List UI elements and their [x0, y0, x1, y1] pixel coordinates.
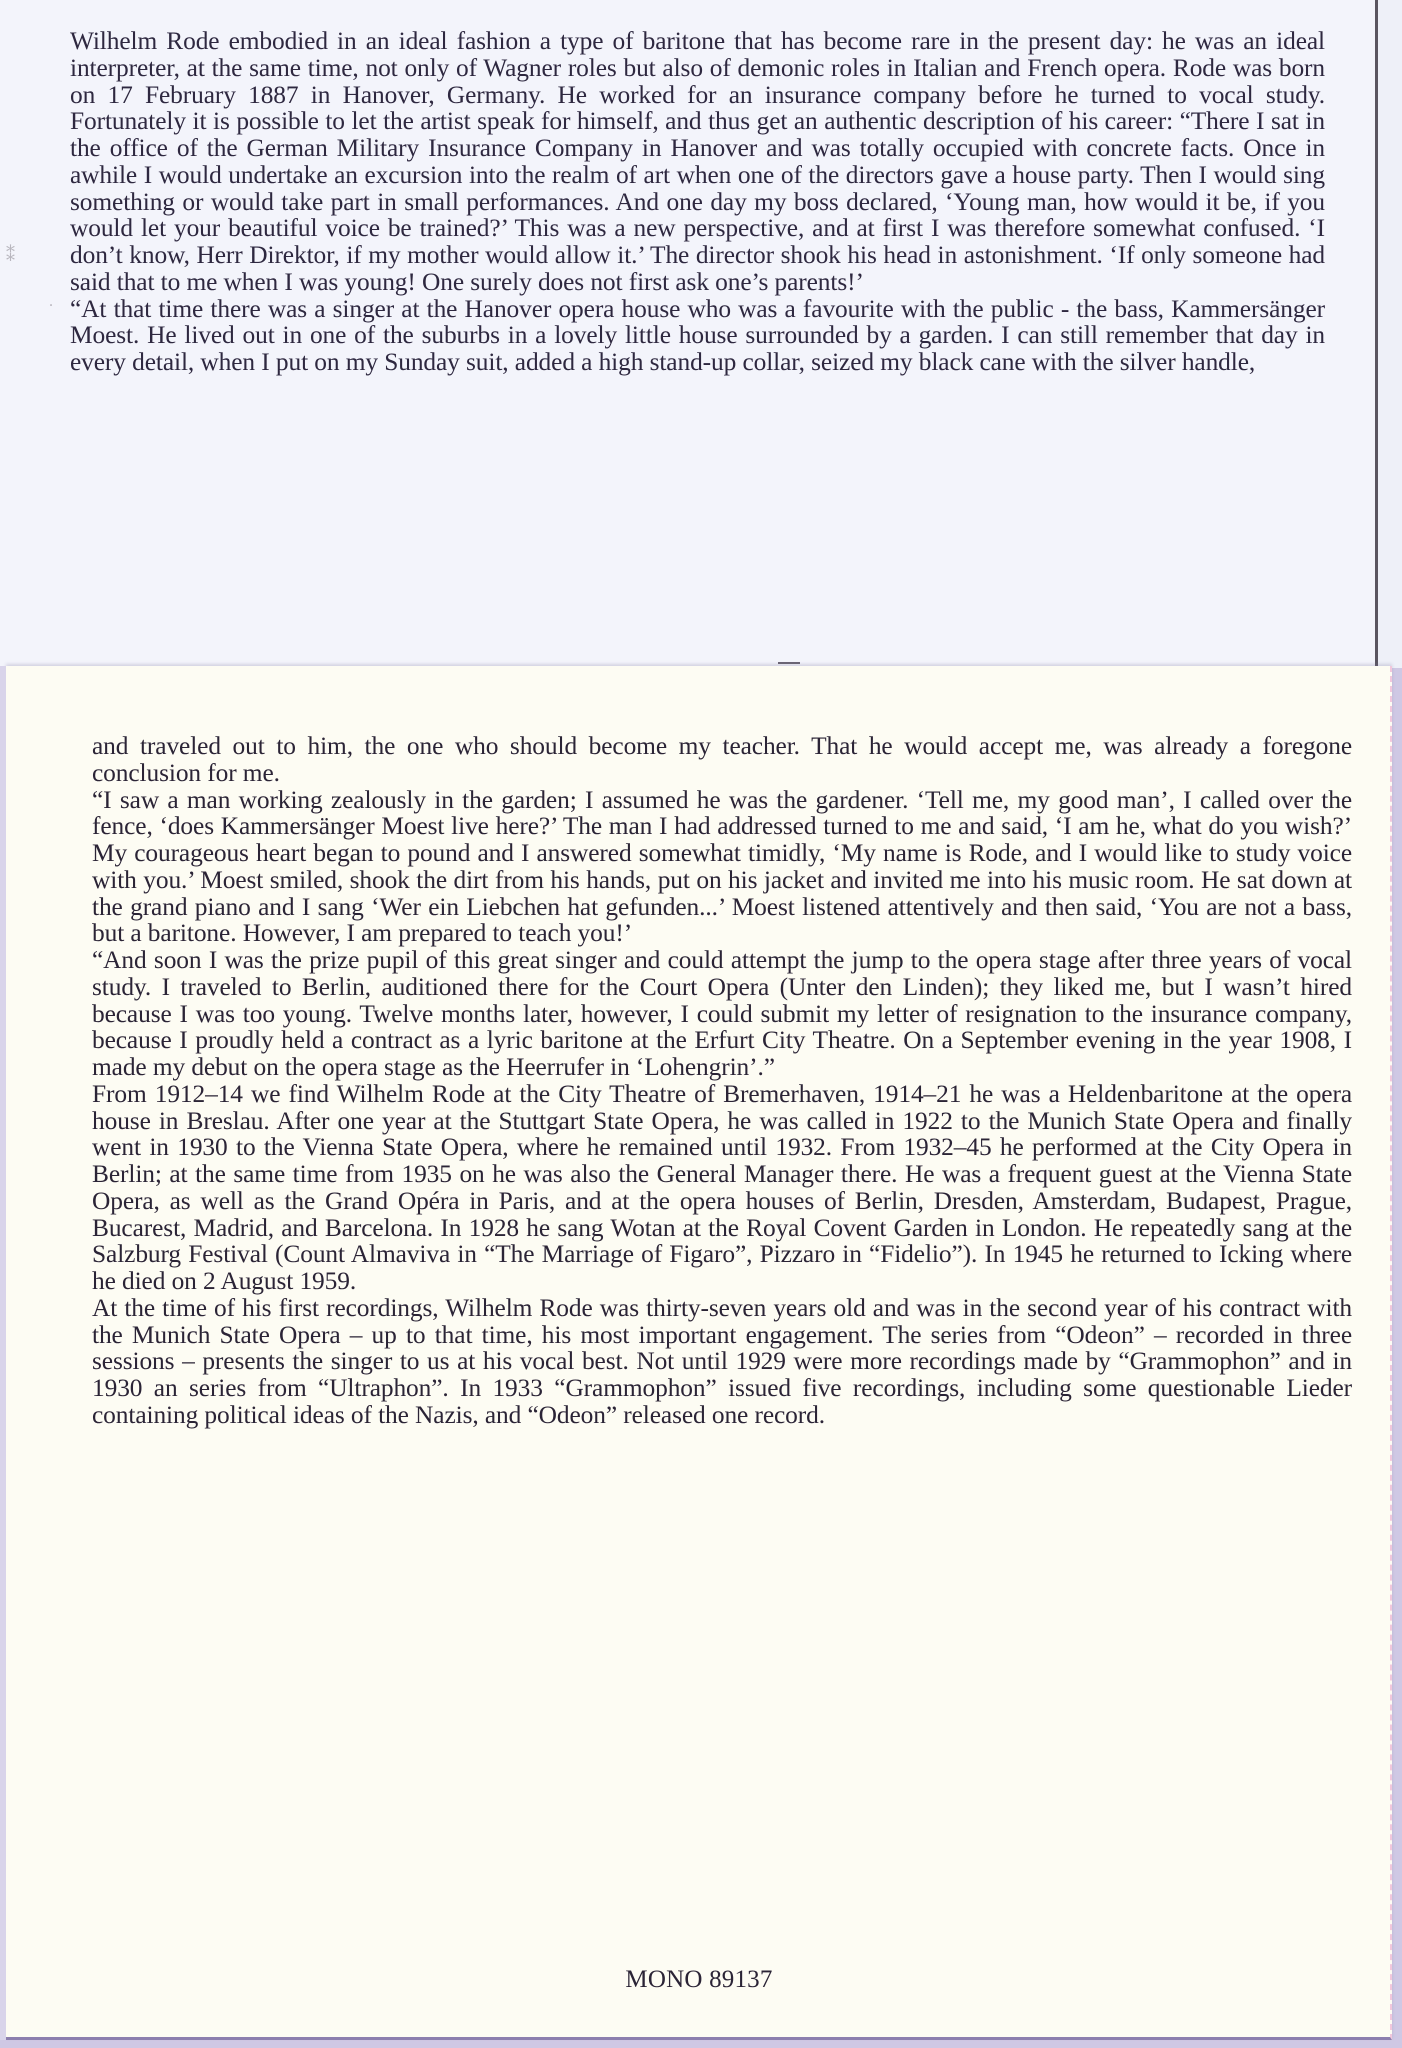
paragraph-recordings: At the time of his first recordings, Wil…: [92, 1295, 1352, 1429]
catalog-number: MONO 89137: [6, 1966, 1392, 1994]
paragraph-traveled: and traveled out to him, the one who sho…: [92, 733, 1352, 787]
scan-artifact-icon: ˙: [48, 300, 54, 321]
top-body-text: Wilhelm Rode embodied in an ideal fashio…: [70, 28, 1325, 376]
paragraph-career: From 1912–14 we find Wilhelm Rode at the…: [92, 1081, 1352, 1295]
top-page-panel: Wilhelm Rode embodied in an ideal fashio…: [0, 0, 1402, 668]
paragraph-intro: Wilhelm Rode embodied in an ideal fashio…: [70, 28, 1325, 296]
left-edge-strip: [0, 666, 6, 2040]
scan-artifact-icon: ⁑: [6, 245, 15, 266]
right-margin-strip: [1378, 0, 1402, 668]
bottom-body-text: and traveled out to him, the one who sho…: [92, 733, 1352, 1429]
paragraph-garden: “I saw a man working zealously in the ga…: [92, 787, 1352, 948]
bottom-page-panel: and traveled out to him, the one who sho…: [6, 666, 1392, 2040]
fold-mark: [778, 662, 800, 664]
paragraph-debut: “And soon I was the prize pupil of this …: [92, 947, 1352, 1081]
paragraph-moest-intro: “At that time there was a singer at the …: [70, 296, 1325, 376]
